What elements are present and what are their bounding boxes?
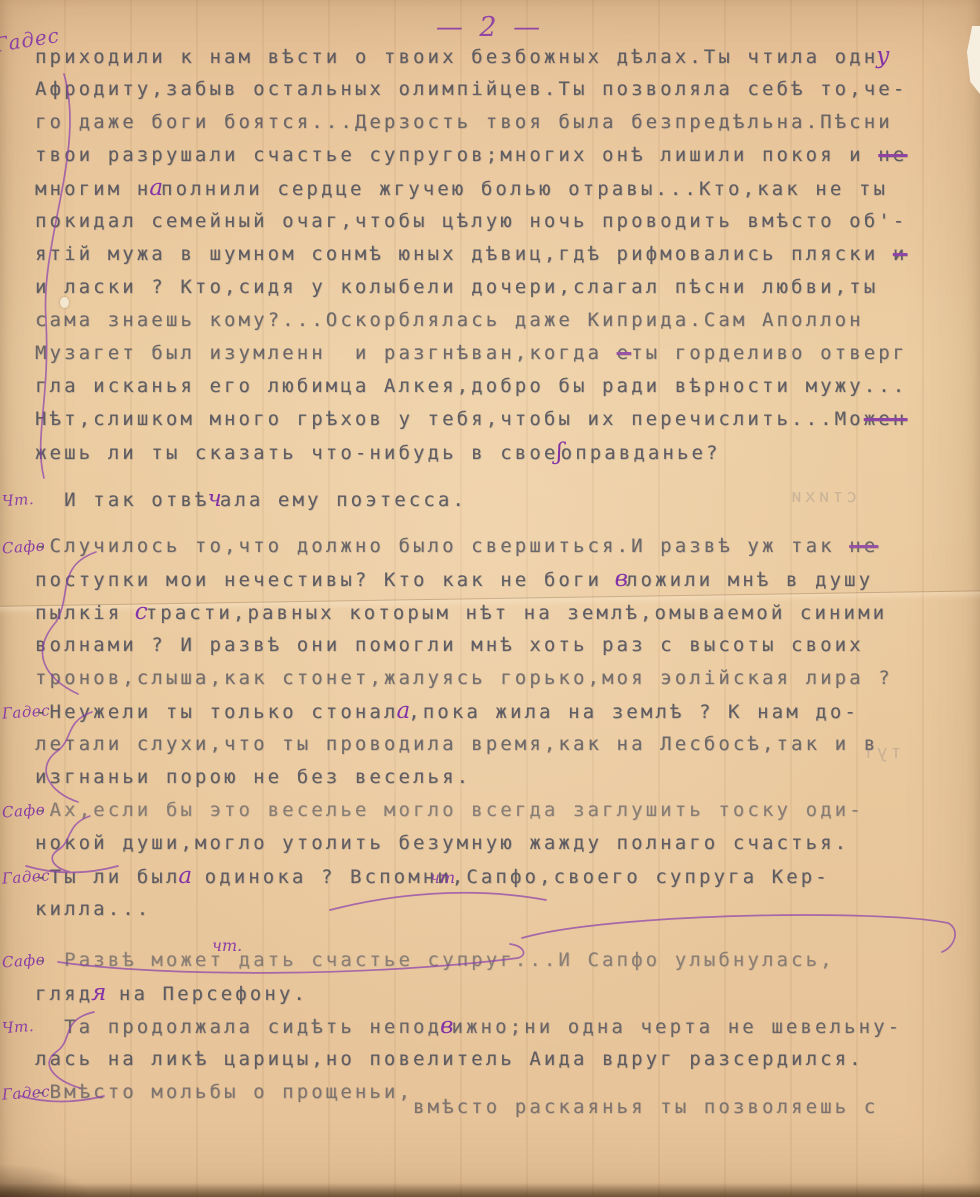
typed-text: оправданье?	[561, 442, 721, 464]
typed-text: нокой души,могло утолить безумную жажду …	[35, 832, 849, 854]
typed-text: приходили к нам вѣсти о твоих безбожных …	[35, 46, 878, 68]
typed-line: Афродиту,забыв остальных олимпійцев.Ты п…	[35, 73, 980, 106]
handwritten-correction: у	[876, 43, 889, 69]
typed-line: гла исканья его любимца Алкея,добро бы р…	[35, 370, 980, 403]
typed-text: на Персефону.	[104, 983, 308, 1005]
ghost-ink-transfer: тут	[860, 742, 902, 763]
struck-text: и	[893, 243, 908, 265]
typed-text: -Ах,если бы это веселье могло всегда заг…	[35, 799, 864, 821]
typed-line: Гадес-Вмѣсто мольбы о прощеньи,вмѣсто ра…	[35, 1076, 980, 1109]
typed-line: Сафо- Развѣ может дать счастье супруг...…	[35, 944, 980, 977]
page-number: — 2 —	[0, 12, 980, 43]
typed-line: Музагет был изумленн и разгнѣван,когда е…	[35, 337, 980, 370]
typed-text: - Развѣ может дать счастье супруг...И Са…	[35, 949, 835, 971]
typed-line: Гадес-Неужели ты только стонала,пока жил…	[35, 695, 980, 728]
typed-line: жешь ли ты сказать что-нибудь в своеʃопр…	[35, 436, 980, 469]
typed-line: го даже боги боятся...Дерзость твоя была…	[35, 106, 980, 139]
scanned-typescript-page: { "page": { "number_label": "— 2 —", "co…	[0, 0, 980, 1197]
typed-text: ложили мнѣ в душу	[626, 569, 873, 591]
typed-text: одинока ? Вспомни,Сапфо,своего супруга К…	[190, 866, 830, 888]
struck-text: не	[849, 535, 878, 557]
typed-text: Музагет был изумленн и разгнѣван,когда	[35, 342, 617, 364]
typed-text: Нѣт,слишком много грѣхов у тебя,чтобы их…	[35, 408, 864, 430]
typed-text: полнили сердце жгучею болью отравы...Кто…	[161, 178, 888, 200]
typed-text: тронов,слыша,как стонет,жалуясь горько,м…	[35, 667, 893, 689]
typed-text: гляд	[35, 983, 93, 1005]
typed-line: лась на ликѣ царицы,но повелитель Аида в…	[35, 1043, 980, 1076]
typed-line: твои разрушали счастье супругов;многих о…	[35, 139, 980, 172]
typed-text: Афродиту,забыв остальных олимпійцев.Ты п…	[35, 78, 907, 100]
typed-line: килла...	[35, 893, 980, 926]
handwritten-note: чт	[430, 868, 455, 887]
typed-line: покидал семейный очаг,чтобы цѣлую ночь п…	[35, 205, 980, 238]
margin-speaker-label: Чт.	[1, 483, 35, 518]
typed-text: жешь ли ты сказать что-нибудь в свое	[35, 442, 558, 464]
struck-text: жен	[864, 408, 908, 430]
typed-text: поступки мои нечестивы? Кто как не боги	[35, 569, 617, 591]
typed-text: ала ему поэтесса.	[220, 489, 467, 511]
typed-text: го даже боги боятся...Дерзость твоя была…	[35, 111, 893, 133]
typed-line: волнами ? И развѣ они помогли мнѣ хоть р…	[35, 629, 980, 662]
typed-text-dropped: вмѣсто раскаянья ты позволяешь с	[413, 1096, 878, 1118]
typed-text: ятій мужа в шумном сонмѣ юных дѣвиц,гдѣ …	[35, 243, 893, 265]
typed-text: летали слухи,что ты проводила время,как …	[35, 733, 878, 755]
typed-line: летали слухи,что ты проводила время,как …	[35, 728, 980, 761]
typed-text: Та продолжала сидѣть непод	[35, 1016, 442, 1038]
typed-text: -Случилось то,что должно было свершиться…	[35, 535, 849, 557]
typed-line: Сафо-Ах,если бы это веселье могло всегда…	[35, 794, 980, 827]
typed-line: многим наполнили сердце жгучею болью отр…	[35, 172, 980, 205]
typed-text: сама знаешь кому?...Оскорблялась даже Ки…	[35, 309, 864, 331]
typed-text: килла...	[35, 898, 151, 920]
typed-text: гла исканья его любимца Алкея,добро бы р…	[35, 375, 907, 397]
typed-line: нокой души,могло утолить безумную жажду …	[35, 827, 980, 860]
typed-line: Сафо-Случилось то,что должно было сверши…	[35, 530, 980, 563]
typed-text: И так отвѣ	[35, 489, 209, 511]
struck-text: е	[617, 342, 632, 364]
struck-text: не	[878, 144, 907, 166]
typed-text: ,пока жила на землѣ ? К нам до-	[408, 701, 859, 723]
typed-text: многим н	[35, 178, 151, 200]
typed-line: тронов,слыша,как стонет,жалуясь горько,м…	[35, 662, 980, 695]
typed-line: Гадес-Ты ли была одинока ? Вспомни,Сапфо…	[35, 860, 980, 893]
text-area: приходили к нам вѣсти о твоих безбожных …	[0, 40, 980, 1109]
handwritten-note: чт.	[212, 936, 242, 955]
typed-line: Чт. Та продолжала сидѣть неподвижно;ни о…	[35, 1010, 980, 1043]
typed-text: лась на ликѣ царицы,но повелитель Аида в…	[35, 1048, 864, 1070]
typed-text: изгнаньи порою не без веселья.	[35, 766, 471, 788]
typed-text: -Вмѣсто мольбы о прощеньи,	[35, 1081, 413, 1103]
typed-line: поступки мои нечестивы? Кто как не боги …	[35, 563, 980, 596]
typed-text: покидал семейный очаг,чтобы цѣлую ночь п…	[35, 210, 907, 232]
typed-line: и ласки ? Кто,сидя у колыбели дочери,сла…	[35, 271, 980, 304]
typed-line: изгнаньи порою не без веселья.	[35, 761, 980, 794]
typed-text: твои разрушали счастье супругов;многих о…	[35, 144, 878, 166]
typed-line: приходили к нам вѣсти о твоих безбожных …	[35, 40, 980, 73]
typed-line: ятій мужа в шумном сонмѣ юных дѣвиц,гдѣ …	[35, 238, 980, 271]
typed-text: волнами ? И развѣ они помогли мнѣ хоть р…	[35, 634, 864, 656]
margin-speaker-label: Чт.	[1, 1010, 35, 1045]
typed-text: пылкія	[35, 602, 137, 624]
typed-line: глядя на Персефону.	[35, 977, 980, 1010]
typed-text: -Ты ли был	[35, 866, 180, 888]
ghost-ink-transfer: стихи	[788, 486, 857, 507]
typed-text: -Неужели ты только стонал	[35, 701, 398, 723]
typed-line: сама знаешь кому?...Оскорблялась даже Ки…	[35, 304, 980, 337]
typed-text: ты горделиво отверг	[631, 342, 907, 364]
typed-line: Нѣт,слишком много грѣхов у тебя,чтобы их…	[35, 403, 980, 436]
typed-text: и ласки ? Кто,сидя у колыбели дочери,сла…	[35, 276, 878, 298]
typed-line: пылкія страсти,равных которым нѣт на зем…	[35, 596, 980, 629]
typed-text: ижно;ни одна черта не шевельну-	[451, 1016, 902, 1038]
typed-text: трасти,равных которым нѣт на землѣ,омыва…	[146, 602, 888, 624]
bottom-edge-shadow	[0, 1183, 980, 1197]
